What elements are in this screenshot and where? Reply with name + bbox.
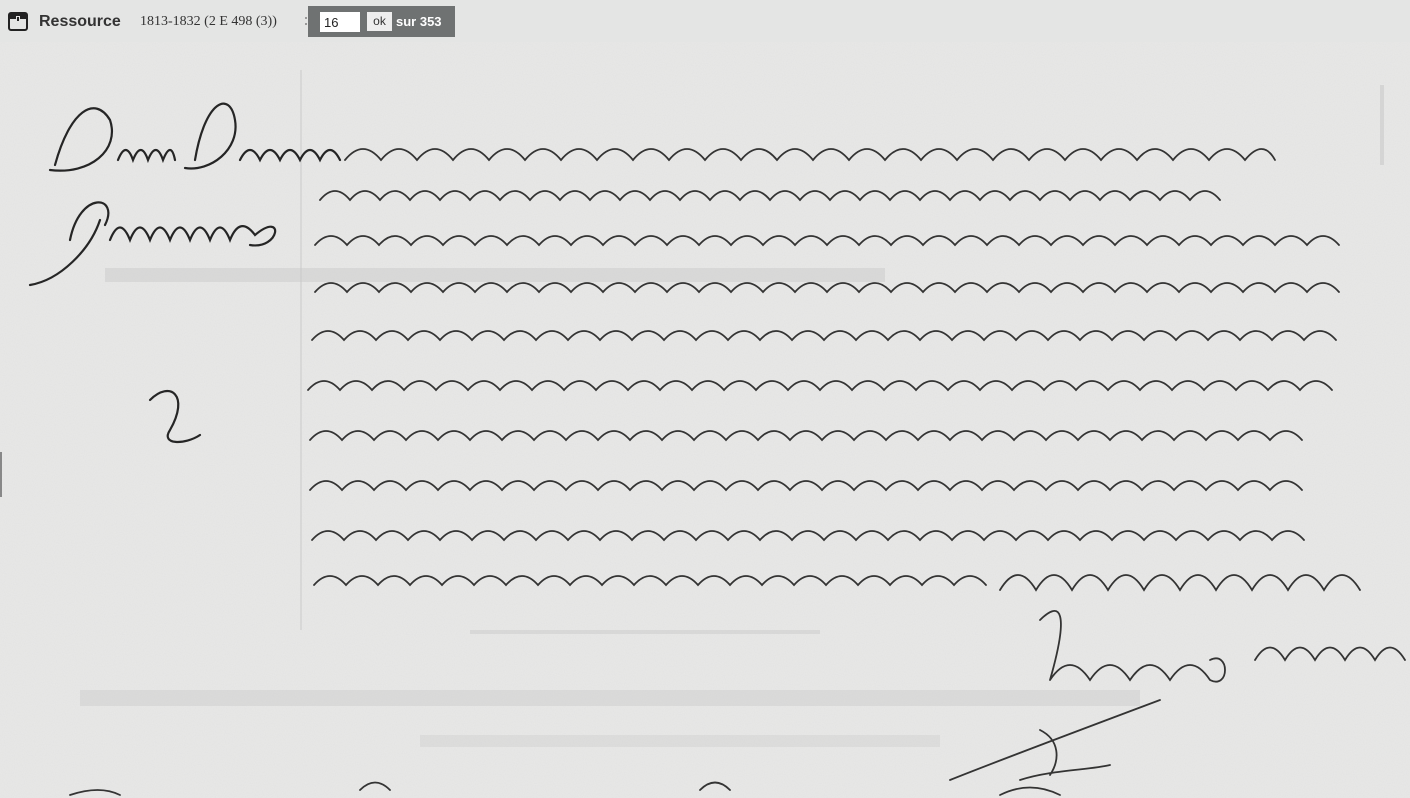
archive-box-icon [8,12,28,31]
page-number-input[interactable] [320,12,360,32]
resource-title: Ressource [39,13,121,31]
separator [305,13,307,29]
go-to-page-button[interactable]: ok [367,12,392,31]
total-pages-label: sur 353 [396,14,442,29]
top-toolbar: Ressource 1813-1832 (2 E 498 (3)) ok sur… [0,0,1410,42]
page-navigator: ok sur 353 [308,6,455,37]
document-image-viewer[interactable]: Décès D'antoine Grosdidier 2 L'an dix hu… [0,42,1410,798]
document-reference: 1813-1832 (2 E 498 (3)) [140,14,277,30]
scanned-document-image [0,42,1410,798]
viewer-edge-handle [0,452,2,497]
